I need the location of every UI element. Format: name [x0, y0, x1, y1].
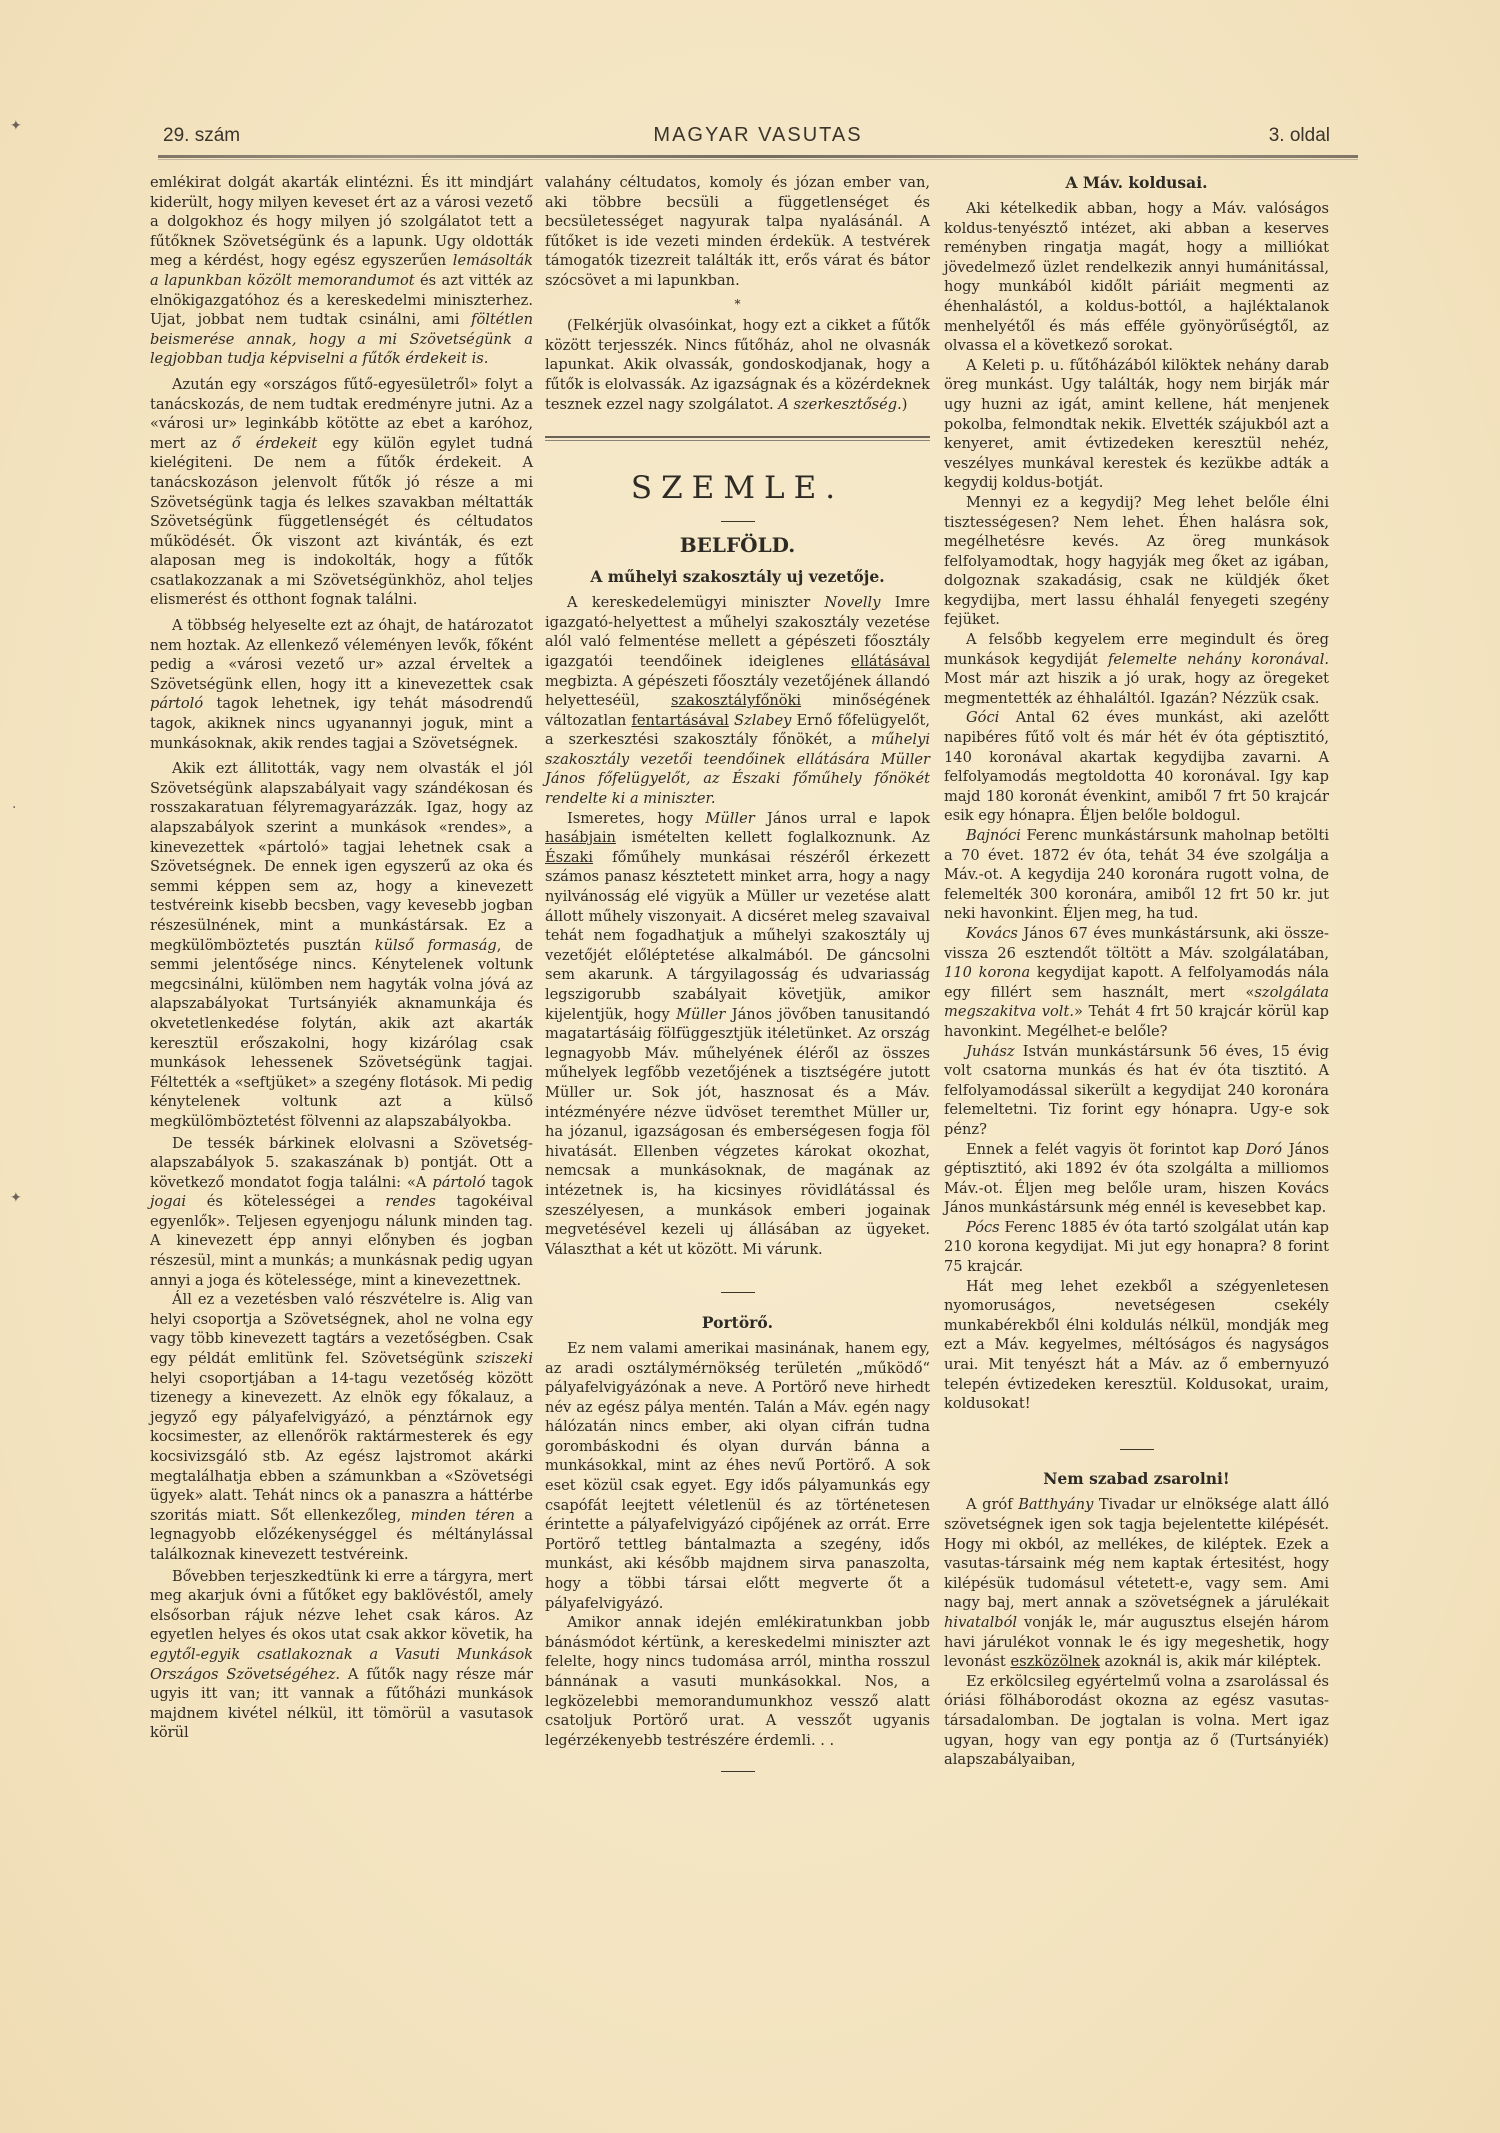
- paragraph: Bővebben terjeszkedtünk ki erre a tárgyr…: [150, 1567, 533, 1743]
- paragraph: A többség helyeselte ezt az óhajt, de ha…: [150, 616, 533, 753]
- editorial-note: (Felkérjük olvasóinkat, hogy ezt a cikke…: [545, 316, 930, 414]
- paragraph: Aki kételkedik abban, hogy a Máv. valósá…: [944, 199, 1329, 356]
- paragraph: Mennyi ez a kegydij? Meg lehet belőle él…: [944, 493, 1329, 630]
- paragraph: Bajnóci Ferenc munkástársunk maholnap be…: [944, 826, 1329, 924]
- paragraph: Juhász István munkástársunk 56 éves, 15 …: [944, 1042, 1329, 1140]
- paragraph: valahány céltudatos, komoly és józan emb…: [545, 173, 930, 291]
- section-title: SZEMLE.: [545, 471, 930, 505]
- paragraph: emlékirat dolgát akarták elintézni. És i…: [150, 173, 533, 369]
- short-rule: [545, 1758, 930, 1778]
- subsection-title: BELFÖLD.: [545, 533, 930, 557]
- paragraph: Amikor annak idején emlékiratunkban jobb…: [545, 1613, 930, 1750]
- article-title: A műhelyi szakosztály uj vezetője.: [545, 567, 930, 587]
- column-1: emlékirat dolgát akarták elintézni. És i…: [150, 173, 533, 1743]
- paragraph: Ez nem valami amerikai masinának, hanem …: [545, 1339, 930, 1613]
- article-title: Nem szabad zsarolni!: [944, 1469, 1329, 1489]
- paragraph: Azután egy «országos fűtő-egyesületről» …: [150, 375, 533, 610]
- paragraph: A kereskedelemügyi miniszter Novelly Imr…: [545, 593, 930, 809]
- paragraph: A felsőbb kegyelem erre megindult és öre…: [944, 630, 1329, 708]
- section-divider: [545, 436, 930, 441]
- page-header: 29. szám MAGYAR VASUTAS 3. oldal: [158, 123, 1358, 153]
- paragraph: Pócs Ferenc 1885 év óta tartó szolgálat …: [944, 1218, 1329, 1277]
- paragraph: Hát meg lehet ezekből a szégyenletesen n…: [944, 1277, 1329, 1414]
- paragraph: A Keleti p. u. fűtőházából kilöktek nehá…: [944, 356, 1329, 493]
- paragraph: De tessék bárkinek elolvasni a Szövetség…: [150, 1134, 533, 1291]
- header-rule-thin: [158, 159, 1358, 160]
- margin-mark: ·: [12, 800, 16, 816]
- newspaper-title: MAGYAR VASUTAS: [158, 124, 1358, 147]
- article-title: Portörő.: [545, 1313, 930, 1333]
- column-3: A Máv. koldusai. Aki kételkedik abban, h…: [944, 173, 1329, 1770]
- asterisk-separator: *: [545, 295, 930, 315]
- column-2: valahány céltudatos, komoly és józan emb…: [545, 173, 930, 1792]
- paragraph: Ez erkölcsileg egyértelmű volna a zsarol…: [944, 1672, 1329, 1770]
- paragraph: A gróf Batthyány Tivadar ur elnöksége al…: [944, 1495, 1329, 1671]
- margin-mark: ✦: [10, 1190, 22, 1206]
- page-number: 3. oldal: [1269, 125, 1330, 147]
- short-rule: [545, 1279, 930, 1299]
- paragraph: Kovács János 67 éves munkástársunk, aki …: [944, 924, 1329, 1042]
- paragraph: Áll ez a vezetésben való részvételre is.…: [150, 1290, 533, 1564]
- paragraph: Ennek a felét vagyis öt forintot kap Dor…: [944, 1140, 1329, 1218]
- short-rule: [545, 513, 930, 523]
- paragraph: Ismeretes, hogy Müller János urral e lap…: [545, 809, 930, 1260]
- paragraph: Góci Antal 62 éves munkást, aki azelőtt …: [944, 708, 1329, 826]
- article-title: A Máv. koldusai.: [944, 173, 1329, 193]
- short-rule: [944, 1436, 1329, 1456]
- header-rule: [158, 155, 1358, 158]
- paragraph: Akik ezt állitották, vagy nem olvasták e…: [150, 759, 533, 1131]
- margin-mark: ✦: [10, 118, 22, 134]
